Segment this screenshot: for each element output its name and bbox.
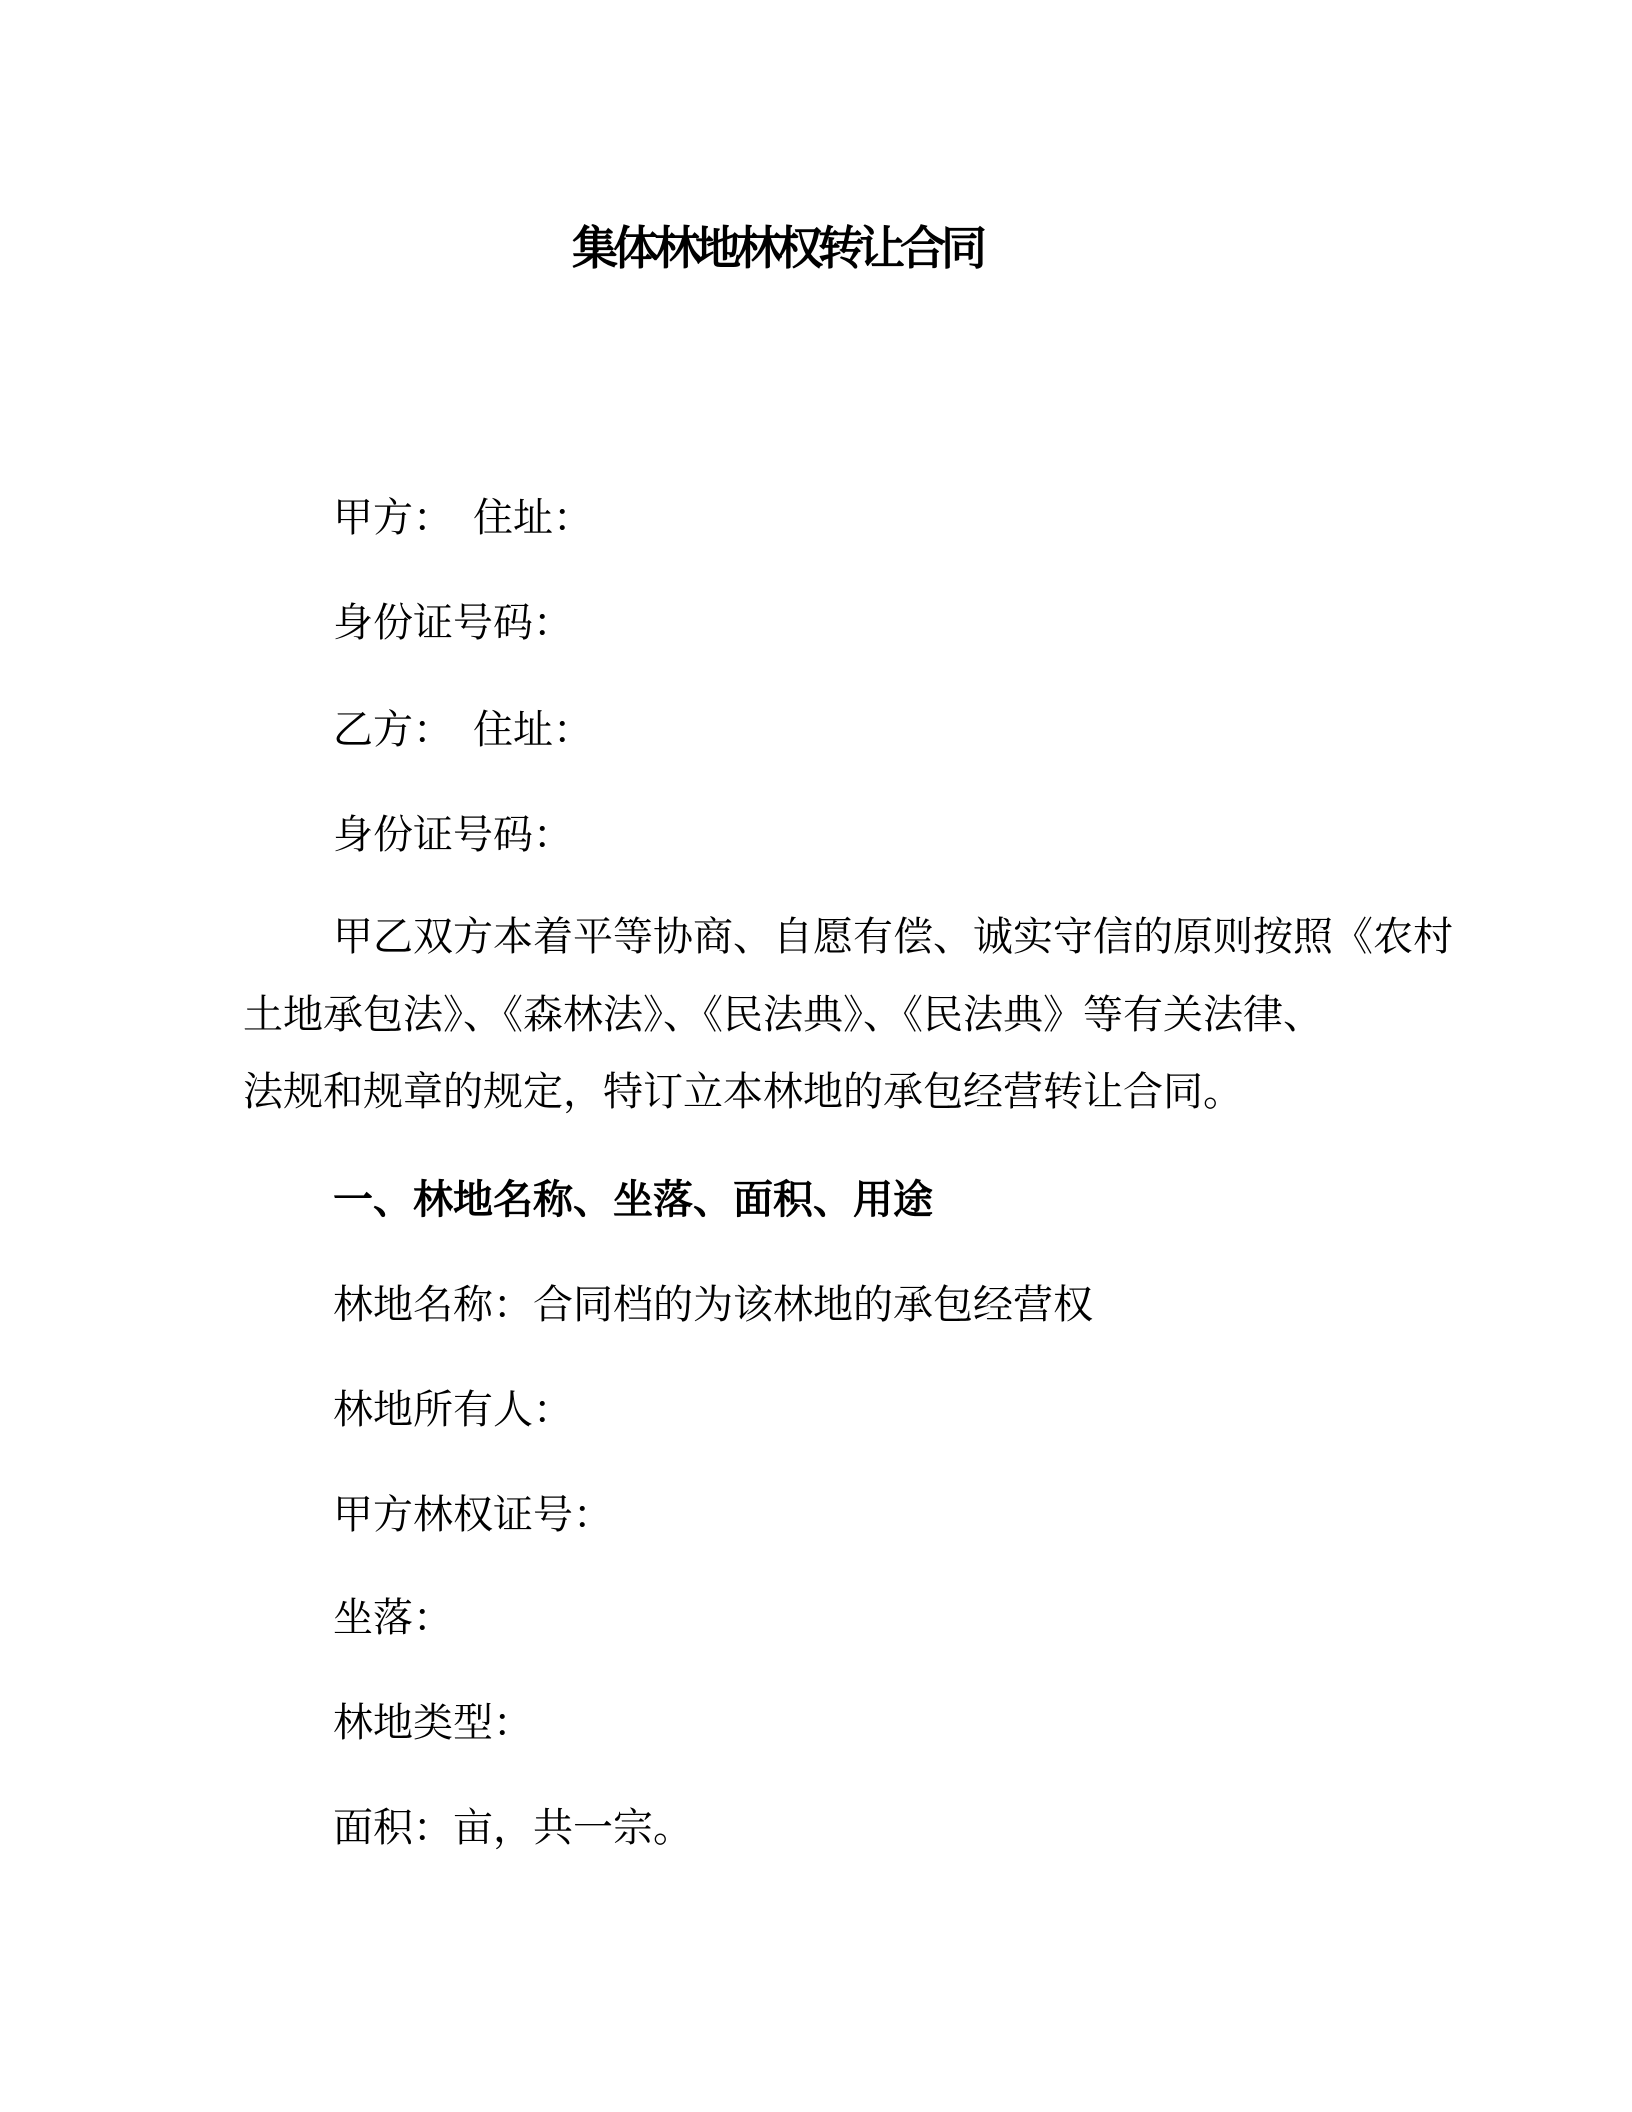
forest-name-line: 林地名称：合同档的为该林地的承包经营权 xyxy=(333,1285,1093,1325)
area-line: 面积：亩，共一宗。 xyxy=(333,1808,693,1848)
location-line: 坐落： xyxy=(333,1598,453,1638)
forest-owner-line: 林地所有人： xyxy=(333,1390,573,1430)
party-b-address-line: 乙方： 住址： xyxy=(333,710,593,750)
document-title: 集体林地林权转让合同 xyxy=(572,225,982,271)
contract-document-page: 集体林地林权转让合同 甲方： 住址： 身份证号码： 乙方： 住址： 身份证号码：… xyxy=(0,0,1632,2112)
party-a-address-line: 甲方： 住址： xyxy=(333,498,593,538)
party-a-id-number-line: 身份证号码： xyxy=(333,603,573,643)
preamble-line-2: 土地承包法》、《森林法》、《民法典》、《民法典》等有关法律、 xyxy=(243,995,1323,1035)
preamble-line-1: 甲乙双方本着平等协商、自愿有偿、诚实守信的原则按照《农村 xyxy=(333,917,1453,957)
preamble-line-3: 法规和规章的规定，特订立本林地的承包经营转让合同。 xyxy=(243,1072,1243,1112)
party-a-forest-cert-no-line: 甲方林权证号： xyxy=(333,1495,613,1535)
party-b-id-number-line: 身份证号码： xyxy=(333,815,573,855)
forest-type-line: 林地类型： xyxy=(333,1703,533,1743)
section-1-heading: 一、林地名称、坐落、面积、用途 xyxy=(333,1180,933,1220)
